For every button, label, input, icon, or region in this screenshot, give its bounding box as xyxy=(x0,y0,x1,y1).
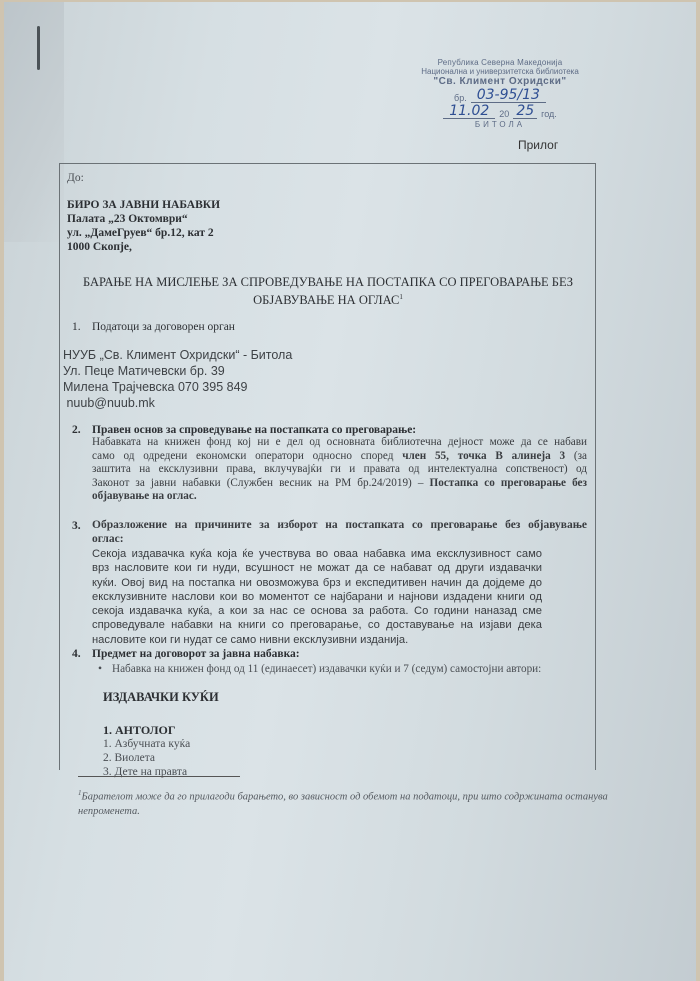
form-frame: До: БИРО ЗА ЈАВНИ НАБАВКИ Палата „23 Окт… xyxy=(59,163,596,770)
section-3-number: 3. xyxy=(72,519,81,533)
stamp-city: БИТОЛА xyxy=(395,120,605,129)
document-title-line2: ОБЈАВУВАЊЕ НА ОГЛАС1 xyxy=(68,290,588,308)
footnote-line2: непроменета. xyxy=(78,806,140,817)
section-3-heading: Образложение на причините за изборот на … xyxy=(92,519,587,546)
stamp-number-row: бр. 03-95/13 xyxy=(395,89,605,103)
stamp-number-label: бр. xyxy=(454,93,467,103)
recipient-city: 1000 Скопје, xyxy=(67,240,132,254)
stamp-library-name: "Св. Климент Охридски" xyxy=(395,76,605,87)
recipient-building: Палата „23 Октомври“ xyxy=(67,212,188,226)
paper-shadow xyxy=(4,2,64,242)
org-address: Ул. Пеце Матичевски бр. 39 xyxy=(63,364,225,380)
footnote-ref: 1 xyxy=(399,293,403,301)
stamp-country: Република Северна Македонија xyxy=(395,58,605,67)
stamp-year: 25 xyxy=(513,105,537,119)
section-2-line: само од одредени економски оператори одн… xyxy=(92,450,587,464)
section-4-bullet: Набавка на книжен фонд од 11 (единаесет)… xyxy=(112,662,541,676)
stamp-date-row: 11.02 20 25 год. xyxy=(395,105,605,119)
footnote-line1: Барателот може да го прилагоди барањето,… xyxy=(82,792,608,803)
publisher-title: 1. Азбучната куќа xyxy=(103,737,190,751)
org-name: НУУБ „Св. Климент Охридски“ - Битола xyxy=(63,348,292,364)
bullet-icon: • xyxy=(98,662,102,676)
publisher-title: 2. Виолета xyxy=(103,751,155,765)
recipient-street: ул. „ДамеГруев“ бр.12, кат 2 xyxy=(67,226,214,240)
section-2-line: објавување на оглас. xyxy=(92,490,587,504)
registry-stamp: Република Северна Македонија Национална … xyxy=(395,58,605,129)
stamp-date: 11.02 xyxy=(443,105,495,119)
attachment-label: Прилог xyxy=(518,138,558,152)
org-contact: Милена Трајчевска 070 395 849 xyxy=(63,380,247,396)
stamp-number: 03-95/13 xyxy=(471,89,546,103)
section-2-line: заштита на ексклузивни права, вклучувајќ… xyxy=(92,463,587,477)
stamp-institution: Национална и универзитетска библиотека xyxy=(395,67,605,76)
org-email[interactable]: nuub@nuub.mk xyxy=(63,396,155,412)
section-2-heading: Правен основ за спроведување на постапка… xyxy=(92,423,416,437)
section-2-line: Набавката на книжен фонд кој ни е дел од… xyxy=(92,436,587,450)
section-1-number: 1. xyxy=(72,320,81,334)
recipient-name: БИРО ЗА ЈАВНИ НАБАВКИ xyxy=(67,198,220,212)
stamp-year-suffix: год. xyxy=(541,109,557,119)
footnote-divider xyxy=(78,776,240,777)
to-label: До: xyxy=(67,171,84,185)
section-3-body: Секоја издавачка куќа која ќе учествува … xyxy=(92,547,542,647)
section-2-line: Законот за јавни набавки (Службен весник… xyxy=(92,477,587,491)
footnote: 1Барателот може да го прилагоди барањето… xyxy=(78,786,638,819)
binder-mark xyxy=(37,26,40,70)
document-title-line1: БАРАЊЕ НА МИСЛЕЊЕ ЗА СПРОВЕДУВАЊЕ НА ПОС… xyxy=(68,275,588,290)
publishers-heading: ИЗДАВАЧКИ КУЌИ xyxy=(103,690,219,704)
stamp-year-prefix: 20 xyxy=(499,109,509,119)
section-2-body: Набавката на книжен фонд кој ни е дел од… xyxy=(92,436,587,504)
section-4-number: 4. xyxy=(72,647,81,661)
section-4-heading: Предмет на договорот за јавна набавка: xyxy=(92,647,300,661)
document-title-text: ОБЈАВУВАЊЕ НА ОГЛАС xyxy=(253,293,399,307)
section-2-number: 2. xyxy=(72,423,81,437)
publisher-name: 1. АНТОЛОГ xyxy=(103,723,176,737)
section-1-heading: Податоци за договорен орган xyxy=(92,320,235,334)
